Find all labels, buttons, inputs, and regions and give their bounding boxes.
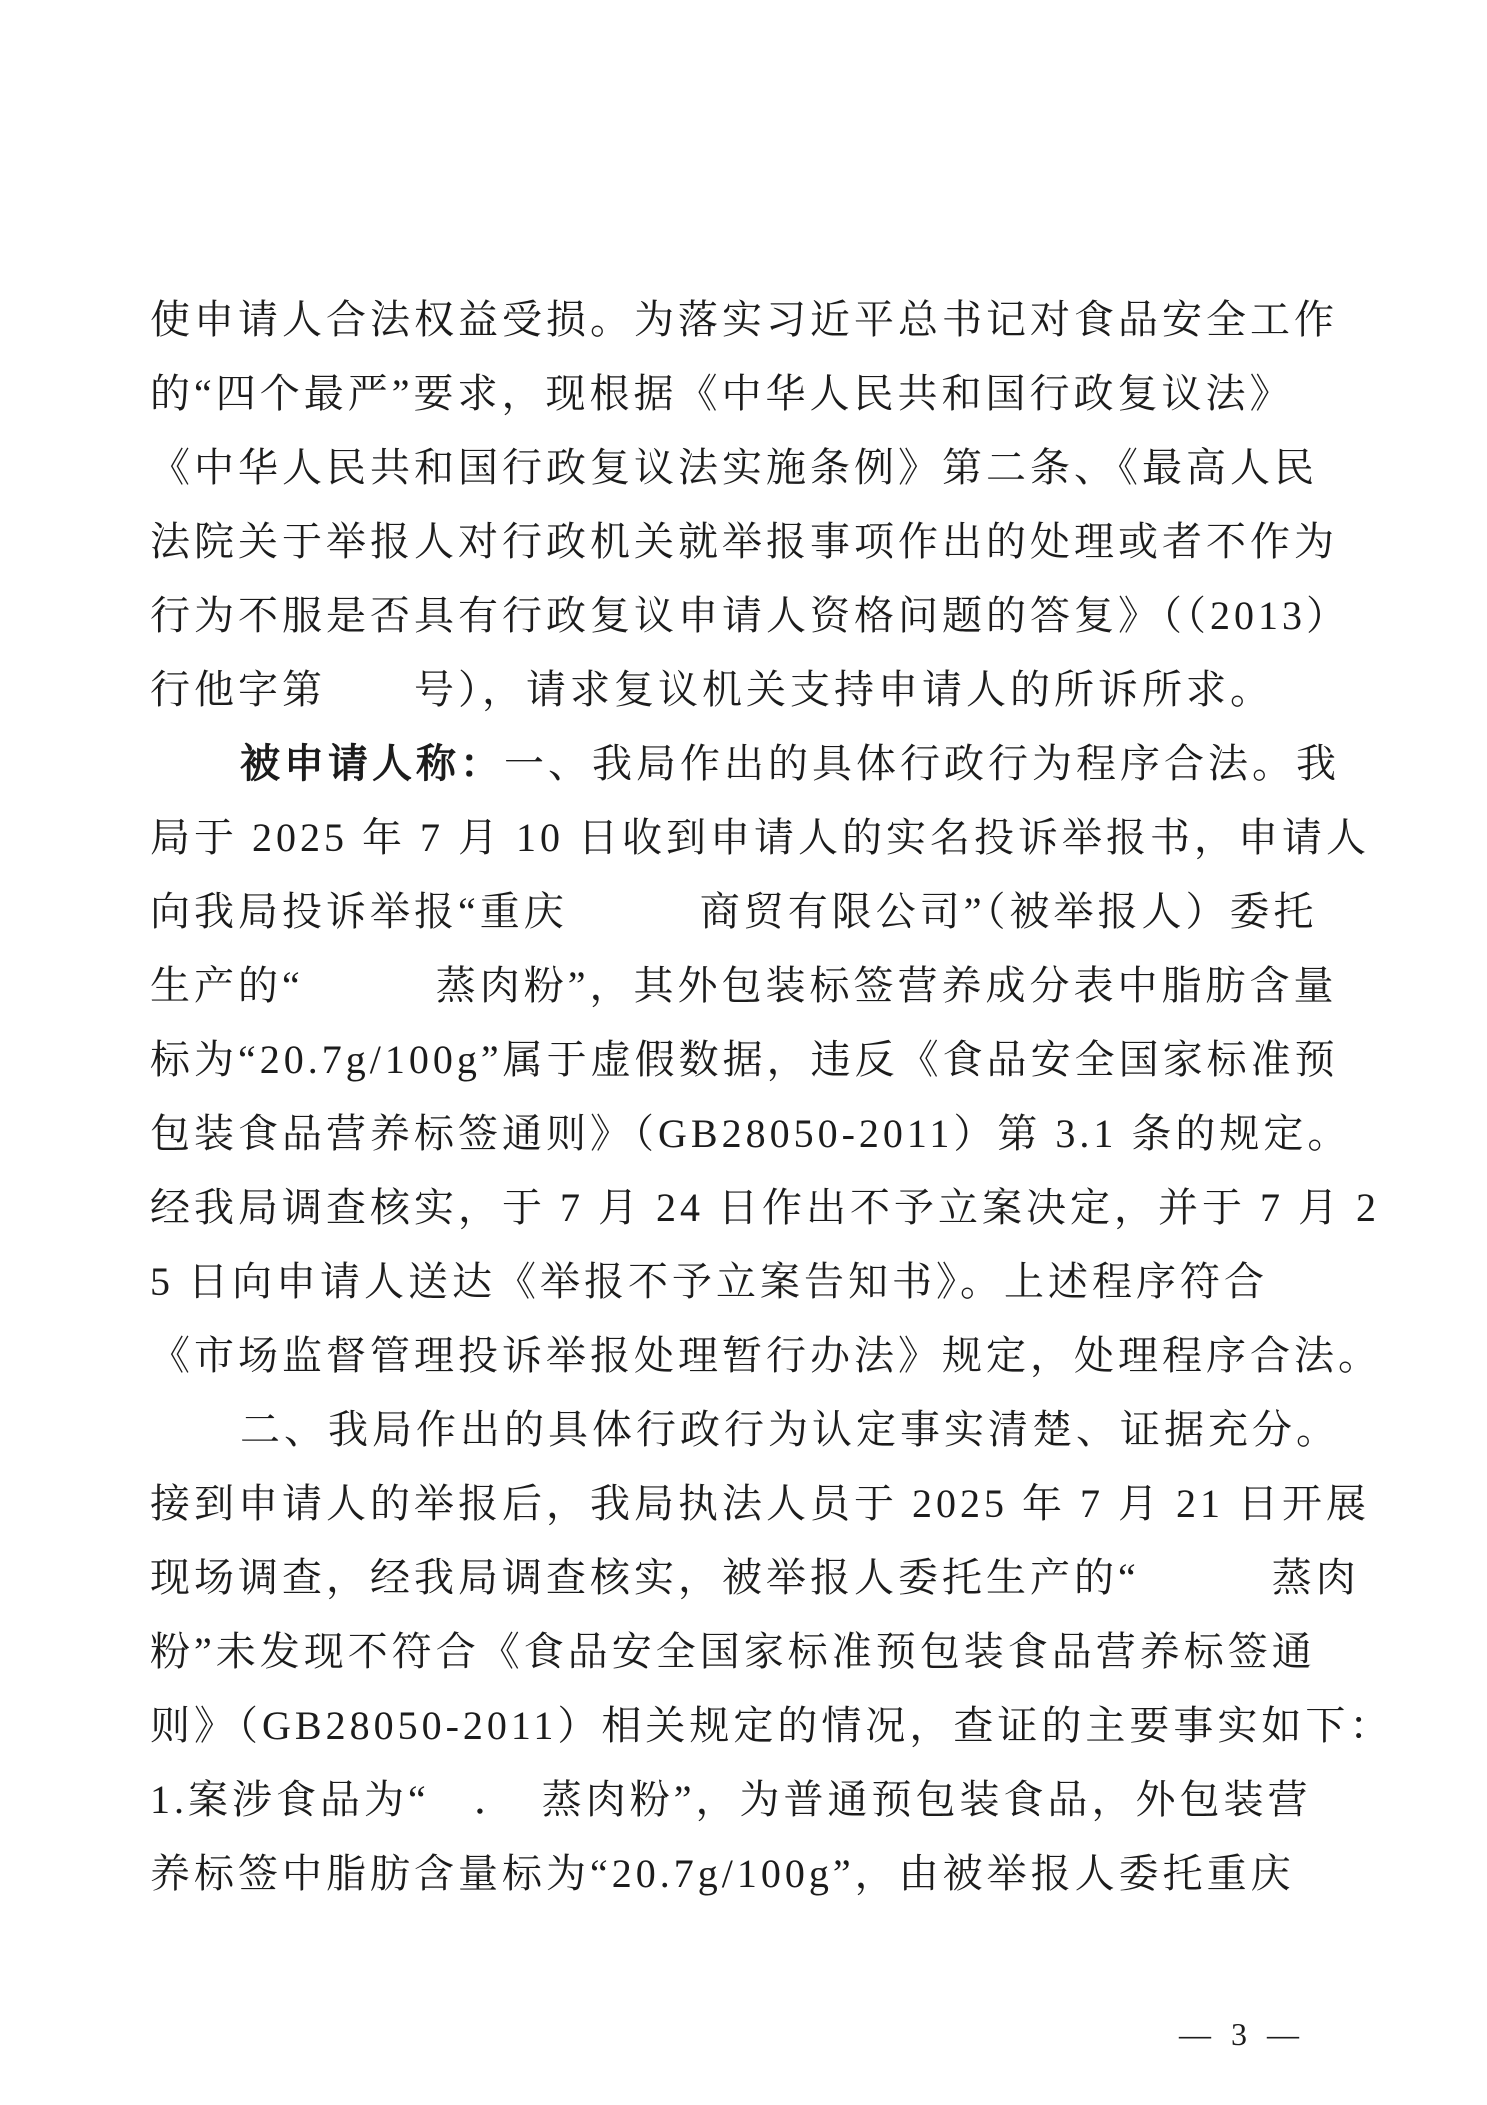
text-line: 向我局投诉举报“重庆 商贸有限公司”（被举报人）委托 bbox=[150, 875, 1350, 949]
line-text: 《市场监督管理投诉举报处理暂行办法》规定，处理程序合法。 bbox=[150, 1333, 1382, 1378]
line-text: 1.案涉食品为“ ． 蒸肉粉”，为普通预包装食品，外包装营 bbox=[150, 1777, 1312, 1822]
line-text: 粉”未发现不符合《食品安全国家标准预包装食品营养标签通 bbox=[150, 1629, 1316, 1674]
line-text: 一、我局作出的具体行政行为程序合法。我 bbox=[504, 741, 1340, 786]
line-text: 向我局投诉举报“重庆 商贸有限公司”（被举报人）委托 bbox=[150, 889, 1318, 934]
line-text: 的“四个最严”要求，现根据《中华人民共和国行政复议法》 bbox=[150, 371, 1294, 416]
text-line: 接到申请人的举报后，我局执法人员于 2025 年 7 月 21 日开展 bbox=[150, 1467, 1350, 1541]
line-text: 养标签中脂肪含量标为“20.7g/100g”，由被举报人委托重庆 bbox=[150, 1851, 1295, 1896]
text-line: 被申请人称：一、我局作出的具体行政行为程序合法。我 bbox=[150, 727, 1350, 801]
line-text: 二、我局作出的具体行政行为认定事实清楚、证据充分。 bbox=[240, 1407, 1340, 1452]
text-line: 法院关于举报人对行政机关就举报事项作出的处理或者不作为 bbox=[150, 505, 1350, 579]
text-line: 养标签中脂肪含量标为“20.7g/100g”，由被举报人委托重庆 bbox=[150, 1837, 1350, 1911]
line-text: 法院关于举报人对行政机关就举报事项作出的处理或者不作为 bbox=[150, 519, 1338, 564]
text-line: 包装食品营养标签通则》（GB28050-2011）第 3.1 条的规定。 bbox=[150, 1097, 1350, 1171]
page-footer: — 3 — bbox=[1179, 2016, 1305, 2053]
text-line: 《市场监督管理投诉举报处理暂行办法》规定，处理程序合法。 bbox=[150, 1319, 1350, 1393]
line-text: 包装食品营养标签通则》（GB28050-2011）第 3.1 条的规定。 bbox=[150, 1111, 1351, 1156]
line-text: 接到申请人的举报后，我局执法人员于 2025 年 7 月 21 日开展 bbox=[150, 1481, 1370, 1526]
line-text: 行他字第 号），请求复议机关支持申请人的所诉所求。 bbox=[150, 667, 1274, 712]
page-number: — 3 — bbox=[1179, 2016, 1305, 2052]
document-page: 使申请人合法权益受损。为落实习近平总书记对食品安全工作 的“四个最严”要求，现根… bbox=[0, 0, 1487, 2105]
line-text: 生产的“ 蒸肉粉”，其外包装标签营养成分表中脂肪含量 bbox=[150, 963, 1338, 1008]
text-line: 生产的“ 蒸肉粉”，其外包装标签营养成分表中脂肪含量 bbox=[150, 949, 1350, 1023]
bold-lead-text: 被申请人称： bbox=[240, 741, 504, 786]
line-text: 行为不服是否具有行政复议申请人资格问题的答复》（（2013） bbox=[150, 593, 1350, 638]
text-line: 的“四个最严”要求，现根据《中华人民共和国行政复议法》 bbox=[150, 357, 1350, 431]
text-line: 标为“20.7g/100g”属于虚假数据，违反《食品安全国家标准预 bbox=[150, 1023, 1350, 1097]
line-text: 则》（GB28050-2011）相关规定的情况，查证的主要事实如下： bbox=[150, 1703, 1393, 1748]
line-text: 使申请人合法权益受损。为落实习近平总书记对食品安全工作 bbox=[150, 297, 1338, 342]
text-line: 5 日向申请人送达《举报不予立案告知书》。上述程序符合 bbox=[150, 1245, 1350, 1319]
text-line: 《中华人民共和国行政复议法实施条例》第二条、《最高人民 bbox=[150, 431, 1350, 505]
text-line: 使申请人合法权益受损。为落实习近平总书记对食品安全工作 bbox=[150, 283, 1350, 357]
line-text: 5 日向申请人送达《举报不予立案告知书》。上述程序符合 bbox=[150, 1259, 1268, 1304]
text-line: 粉”未发现不符合《食品安全国家标准预包装食品营养标签通 bbox=[150, 1615, 1350, 1689]
text-line: 现场调查，经我局调查核实，被举报人委托生产的“ 蒸肉 bbox=[150, 1541, 1350, 1615]
text-line: 行为不服是否具有行政复议申请人资格问题的答复》（（2013） bbox=[150, 579, 1350, 653]
text-line: 经我局调查核实，于 7 月 24 日作出不予立案决定，并于 7 月 2 bbox=[150, 1171, 1350, 1245]
text-line: 局于 2025 年 7 月 10 日收到申请人的实名投诉举报书，申请人 bbox=[150, 801, 1350, 875]
text-line: 二、我局作出的具体行政行为认定事实清楚、证据充分。 bbox=[150, 1393, 1350, 1467]
line-text: 局于 2025 年 7 月 10 日收到申请人的实名投诉举报书，申请人 bbox=[150, 815, 1370, 860]
line-text: 现场调查，经我局调查核实，被举报人委托生产的“ 蒸肉 bbox=[150, 1555, 1360, 1600]
text-line: 则》（GB28050-2011）相关规定的情况，查证的主要事实如下： bbox=[150, 1689, 1350, 1763]
line-text: 标为“20.7g/100g”属于虚假数据，违反《食品安全国家标准预 bbox=[150, 1037, 1339, 1082]
text-line: 1.案涉食品为“ ． 蒸肉粉”，为普通预包装食品，外包装营 bbox=[150, 1763, 1350, 1837]
document-body: 使申请人合法权益受损。为落实习近平总书记对食品安全工作 的“四个最严”要求，现根… bbox=[150, 283, 1350, 1911]
text-line: 行他字第 号），请求复议机关支持申请人的所诉所求。 bbox=[150, 653, 1350, 727]
line-text: 《中华人民共和国行政复议法实施条例》第二条、《最高人民 bbox=[150, 445, 1318, 490]
line-text: 经我局调查核实，于 7 月 24 日作出不予立案决定，并于 7 月 2 bbox=[150, 1185, 1380, 1230]
